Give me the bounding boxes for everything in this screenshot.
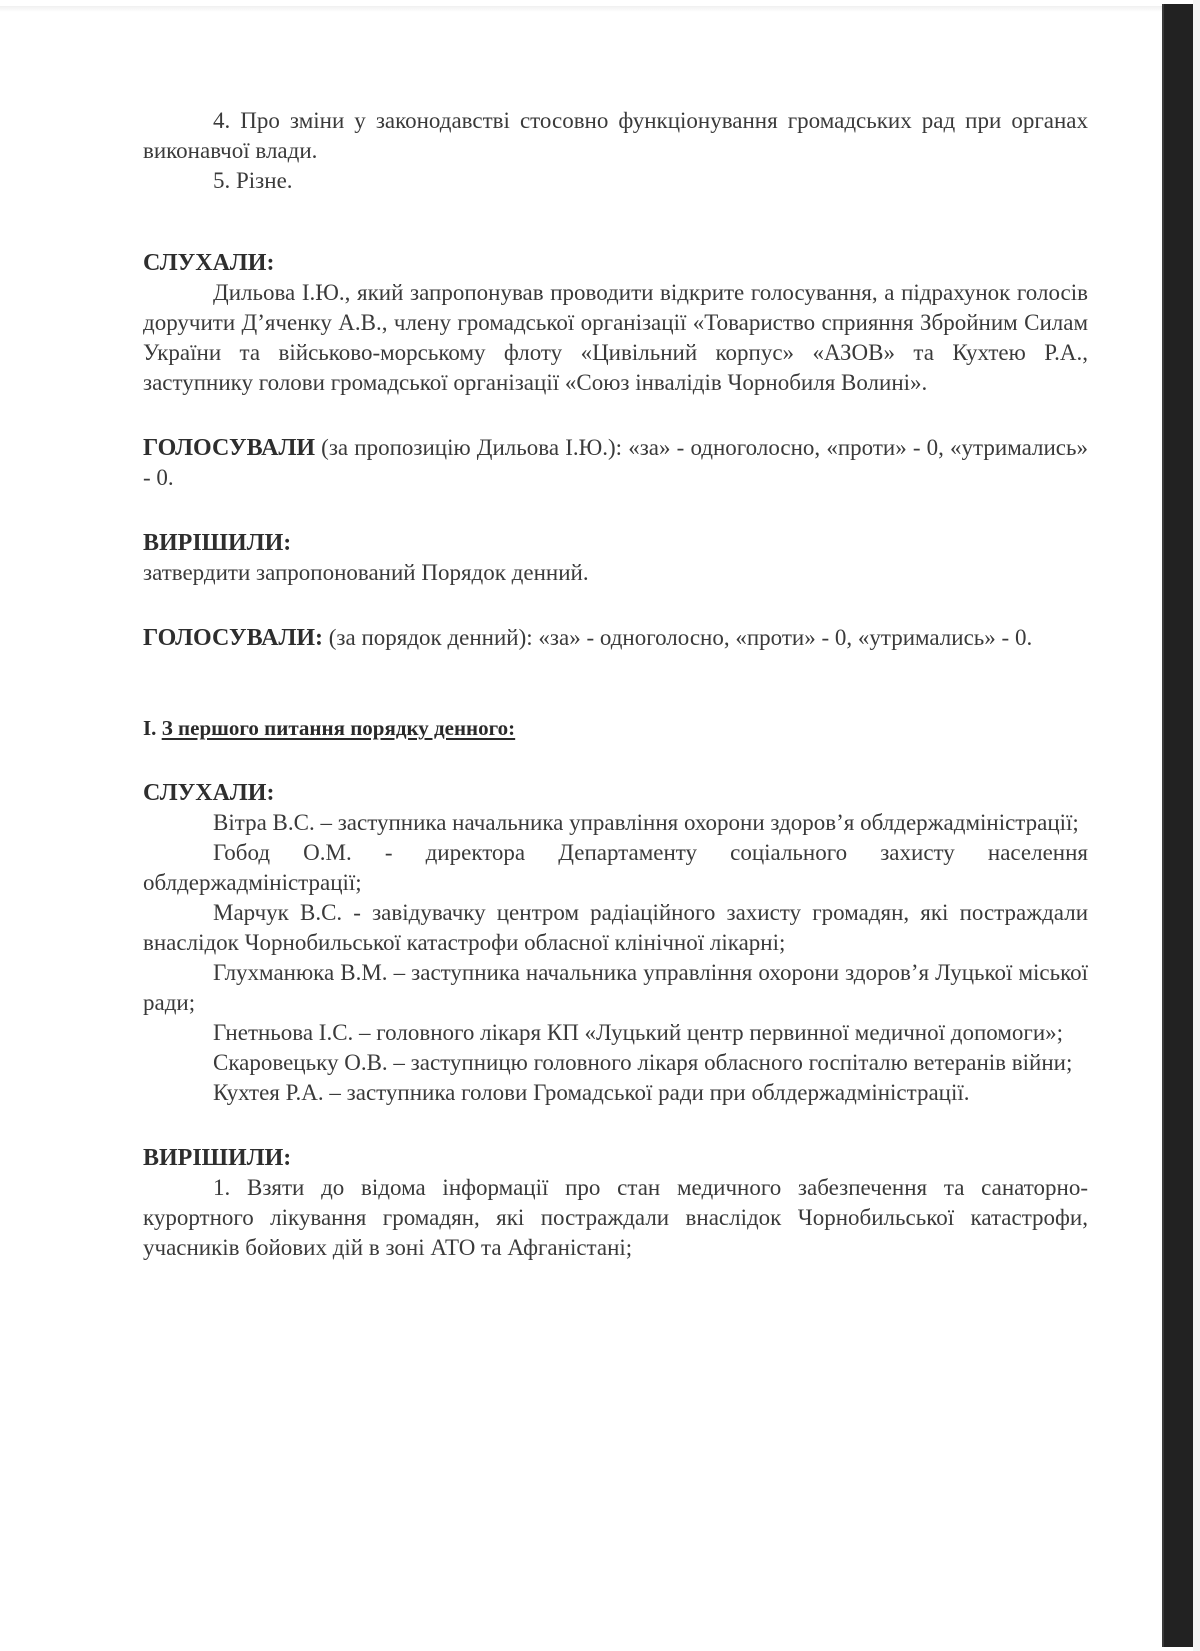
speaker-item: Вітра В.С. – заступника начальника управ…	[143, 808, 1088, 838]
document-body: 4. Про зміни у законодавстві стосовно фу…	[143, 106, 1088, 1263]
decided-text: затвердити запропонований Порядок денний…	[143, 558, 1088, 588]
speaker-item: Глухманюка В.М. – заступника начальника …	[143, 958, 1088, 1018]
speaker-item: Марчук В.С. - завідувачку центром радіац…	[143, 898, 1088, 958]
scan-top-shadow	[0, 6, 1162, 12]
section-one-heading: I. З першого питання порядку денного:	[143, 713, 1088, 743]
vote-agenda: ГОЛОСУВАЛИ: (за порядок денний): «за» - …	[143, 623, 1088, 653]
section-one-title: З першого питання порядку денного:	[162, 716, 515, 740]
voted-label: ГОЛОСУВАЛИ:	[143, 625, 323, 651]
scanner-edge-strip	[1193, 0, 1200, 1651]
speaker-item: Гобод О.М. - директора Департаменту соці…	[143, 838, 1088, 898]
heard-heading-section-one: СЛУХАЛИ:	[143, 778, 1088, 808]
voted-label: ГОЛОСУВАЛИ	[143, 435, 315, 461]
heard-heading: СЛУХАЛИ:	[143, 248, 1088, 278]
speaker-item: Кухтея Р.А. – заступника голови Громадсь…	[143, 1078, 1088, 1108]
decided-heading: ВИРІШИЛИ:	[143, 528, 1088, 558]
speaker-item: Скаровецьку О.В. – заступницю головного …	[143, 1048, 1088, 1078]
decision-item: 1. Взяти до відома інформації про стан м…	[143, 1173, 1088, 1263]
voted-text: (за порядок денний): «за» - одноголосно,…	[323, 625, 1032, 650]
scanner-edge-bar	[1162, 4, 1193, 1647]
agenda-item-5: 5. Різне.	[143, 166, 1088, 196]
heard-text: Дильова І.Ю., який запропонував проводит…	[143, 278, 1088, 398]
agenda-item-4: 4. Про зміни у законодавстві стосовно фу…	[143, 106, 1088, 166]
document-page: 4. Про зміни у законодавстві стосовно фу…	[0, 0, 1162, 1651]
vote-proposal: ГОЛОСУВАЛИ (за пропозицію Дильова І.Ю.):…	[143, 433, 1088, 493]
speaker-item: Гнетньова І.С. – головного лікаря КП «Лу…	[143, 1018, 1088, 1048]
decided-heading-section-one: ВИРІШИЛИ:	[143, 1143, 1088, 1173]
section-one-number: I.	[143, 716, 156, 740]
